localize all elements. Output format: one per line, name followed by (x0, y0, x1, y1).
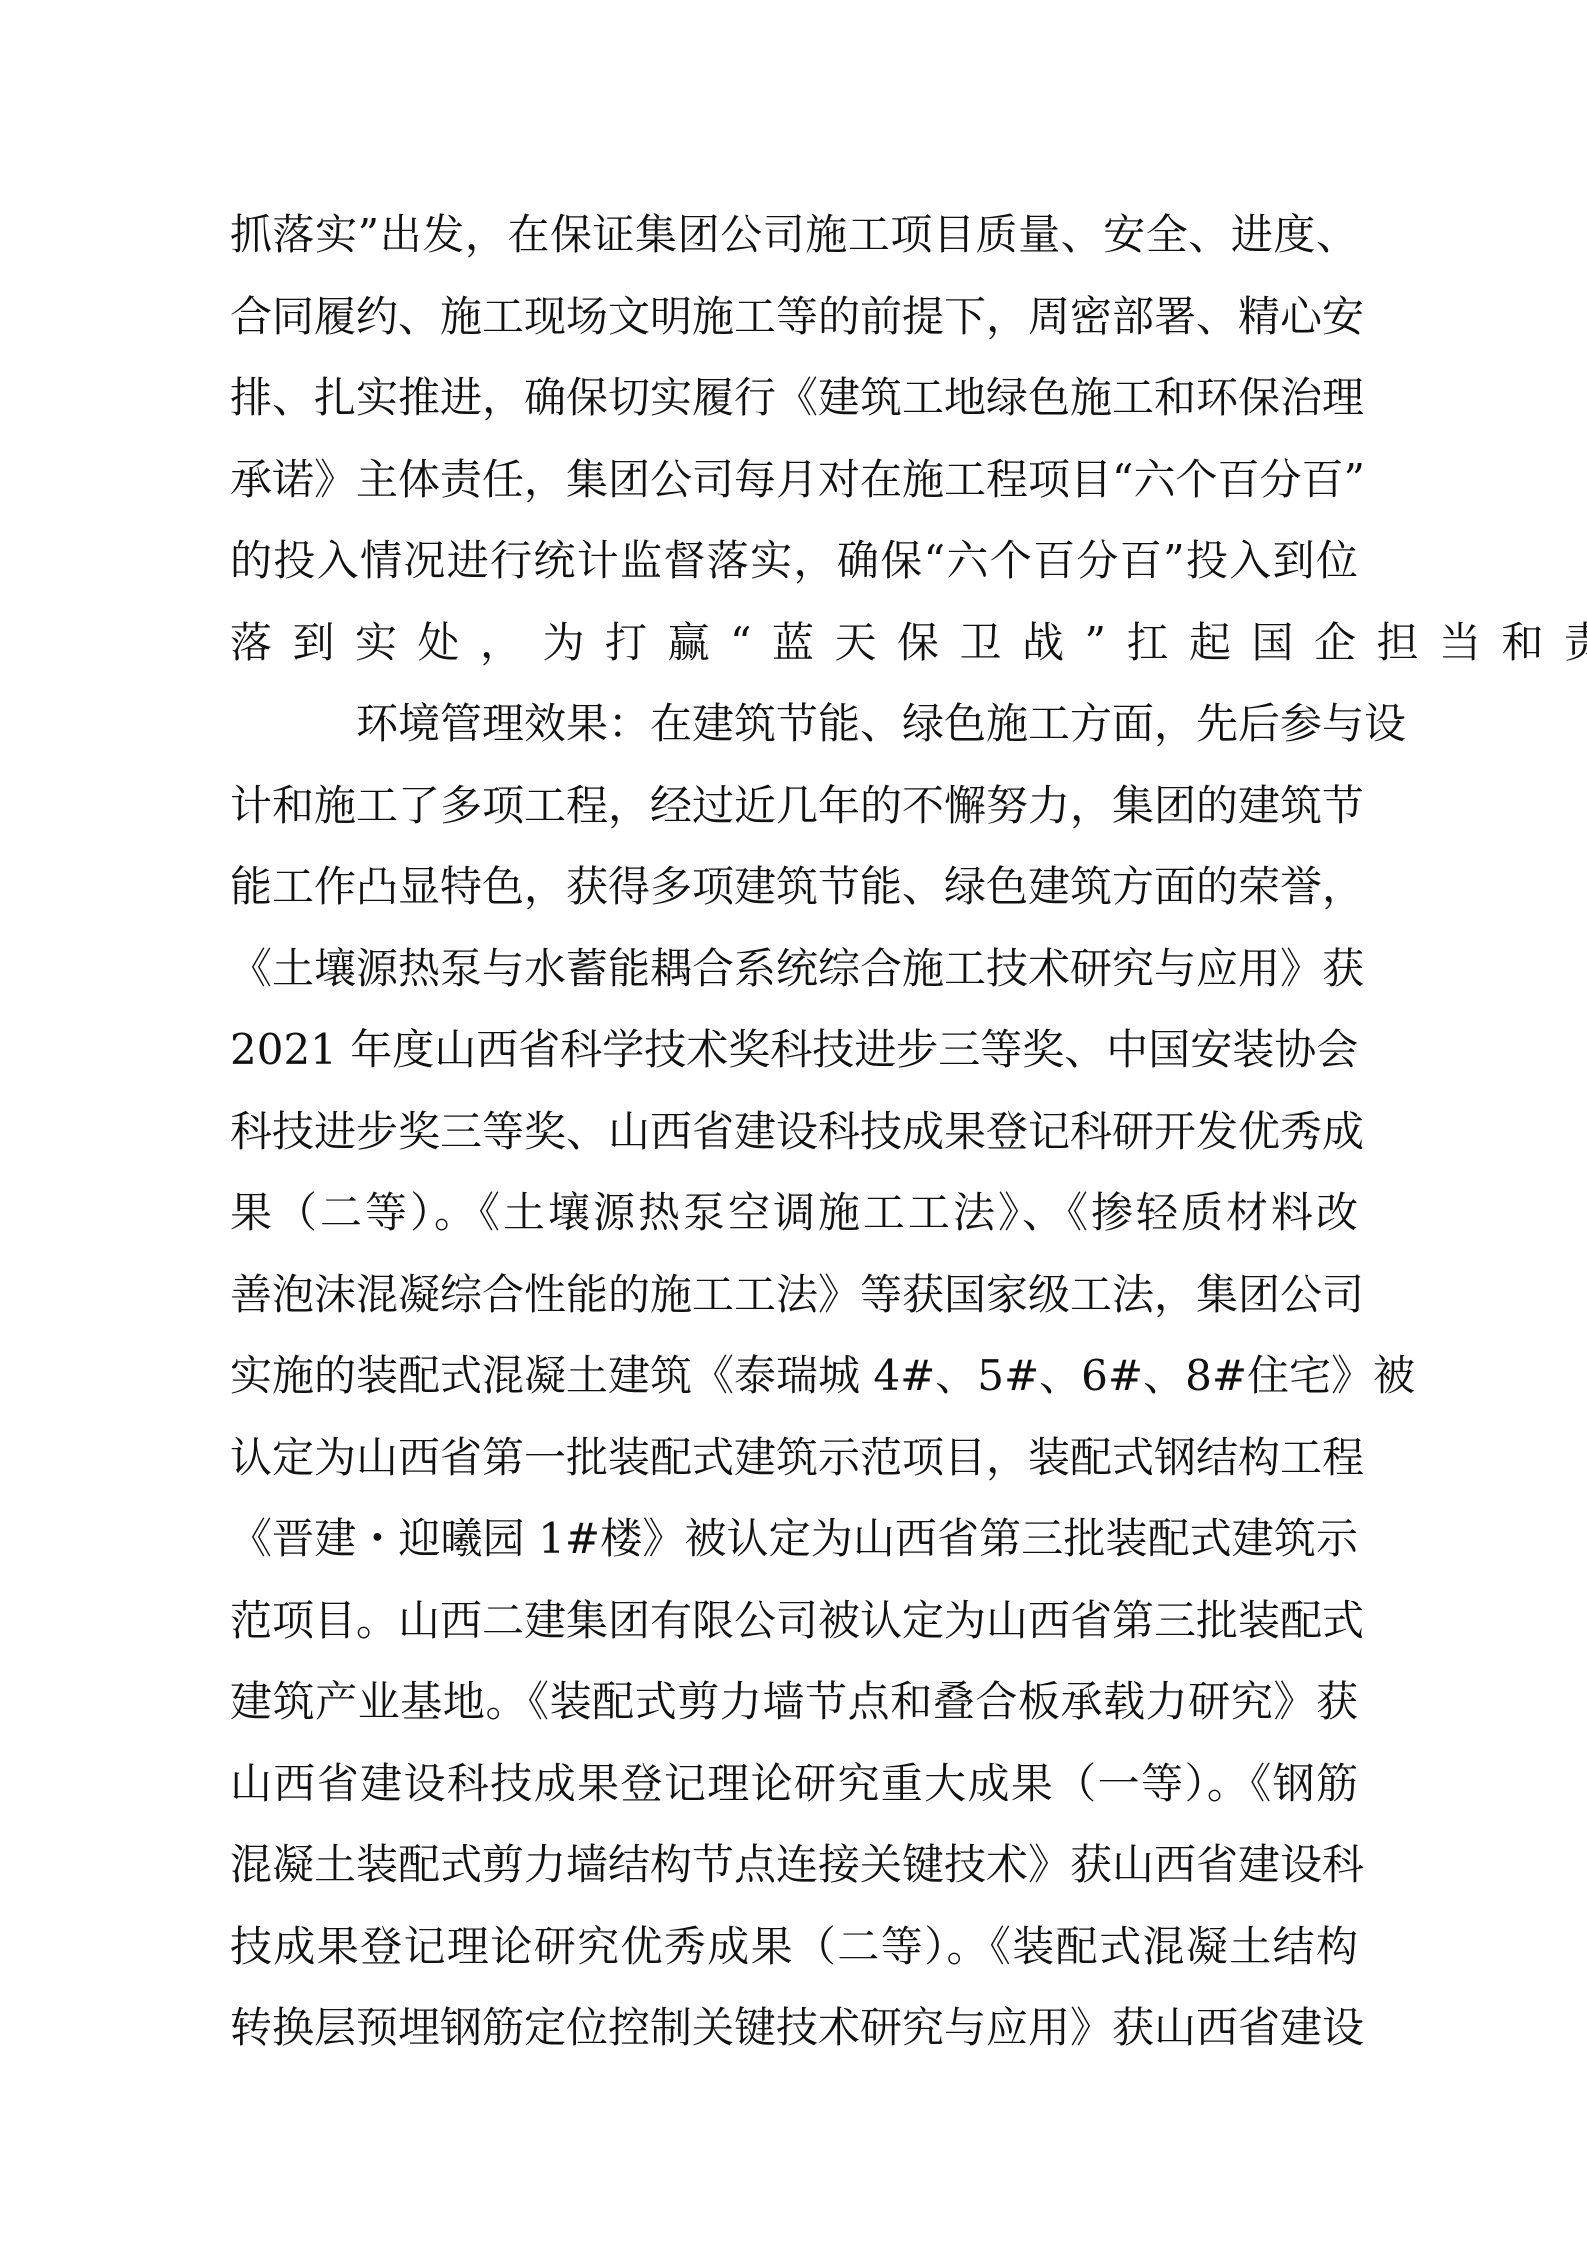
text-line: 技成果登记理论研究优秀成果（二等）。《装配式混凝土结构 (230, 1913, 1358, 1995)
document-page: 抓落实”出发，在保证集团公司施工项目质量、安全、进度、 合同履约、施工现场文明施… (0, 0, 1587, 2245)
text-line: 范项目。山西二建集团有限公司被认定为山西省第三批装配式 (230, 1587, 1358, 1669)
text-line: 合同履约、施工现场文明施工等的前提下，周密部署、精心安 (230, 283, 1358, 365)
text-line: 落到实处，为打赢“蓝天保卫战”扛起国企担当和责任。 (230, 609, 1358, 691)
text-line: 山西省建设科技成果登记理论研究重大成果（一等）。《钢筋 (230, 1750, 1358, 1832)
body-text: 抓落实”出发，在保证集团公司施工项目质量、安全、进度、 合同履约、施工现场文明施… (230, 201, 1358, 2076)
text-line: 善泡沫混凝综合性能的施工工法》等获国家级工法，集团公司 (230, 1261, 1358, 1343)
text-line: 《晋建・迎曦园 1#楼》被认定为山西省第三批装配式建筑示 (230, 1505, 1358, 1587)
text-line: 实施的装配式混凝土建筑《泰瑞城 4#、5#、6#、8#住宅》被 (230, 1342, 1358, 1424)
text-line: 抓落实”出发，在保证集团公司施工项目质量、安全、进度、 (230, 201, 1358, 283)
text-line-first-indented: 环境管理效果：在建筑节能、绿色施工方面，先后参与设 (230, 690, 1358, 772)
text-line: 《土壤源热泵与水蓄能耦合系统综合施工技术研究与应用》获 (230, 935, 1358, 1017)
text-line: 能工作凸显特色，获得多项建筑节能、绿色建筑方面的荣誉， (230, 853, 1358, 935)
text-line: 科技进步奖三等奖、山西省建设科技成果登记科研开发优秀成 (230, 1098, 1358, 1180)
paragraph-2-environmental-results: 环境管理效果：在建筑节能、绿色施工方面，先后参与设 计和施工了多项工程，经过近几… (230, 690, 1358, 2076)
text-line: 排、扎实推进，确保切实履行《建筑工地绿色施工和环保治理 (230, 364, 1358, 446)
text-line: 混凝土装配式剪力墙结构节点连接关键技术》获山西省建设科 (230, 1831, 1358, 1913)
text-line: 承诺》主体责任，集团公司每月对在施工程项目“六个百分百” (230, 446, 1358, 528)
text-line: 2021 年度山西省科学技术奖科技进步三等奖、中国安装协会 (230, 1016, 1358, 1098)
paragraph-1: 抓落实”出发，在保证集团公司施工项目质量、安全、进度、 合同履约、施工现场文明施… (230, 201, 1358, 690)
text-line: 的投入情况进行统计监督落实，确保“六个百分百”投入到位 (230, 527, 1358, 609)
text-line: 认定为山西省第一批装配式建筑示范项目，装配式钢结构工程 (230, 1424, 1358, 1506)
text-line: 果（二等）。《土壤源热泵空调施工工法》、《掺轻质材料改 (230, 1179, 1358, 1261)
text-line: 转换层预埋钢筋定位控制关键技术研究与应用》获山西省建设 (230, 1994, 1358, 2076)
text-line: 计和施工了多项工程，经过近几年的不懈努力，集团的建筑节 (230, 772, 1358, 854)
text-line: 建筑产业基地。《装配式剪力墙节点和叠合板承载力研究》获 (230, 1668, 1358, 1750)
